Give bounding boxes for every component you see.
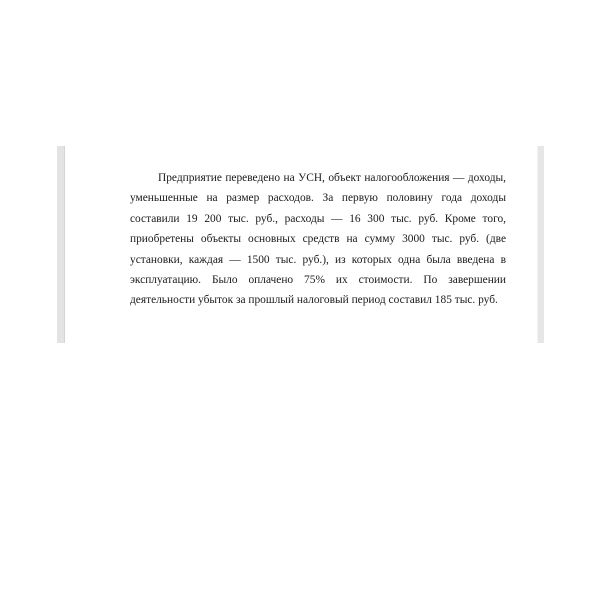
document-page: Предприятие переведено на УСН, объект на… — [130, 168, 506, 311]
left-page-edge — [57, 146, 65, 343]
right-page-edge — [537, 146, 544, 343]
task-paragraph: Предприятие переведено на УСН, объект на… — [130, 168, 506, 311]
